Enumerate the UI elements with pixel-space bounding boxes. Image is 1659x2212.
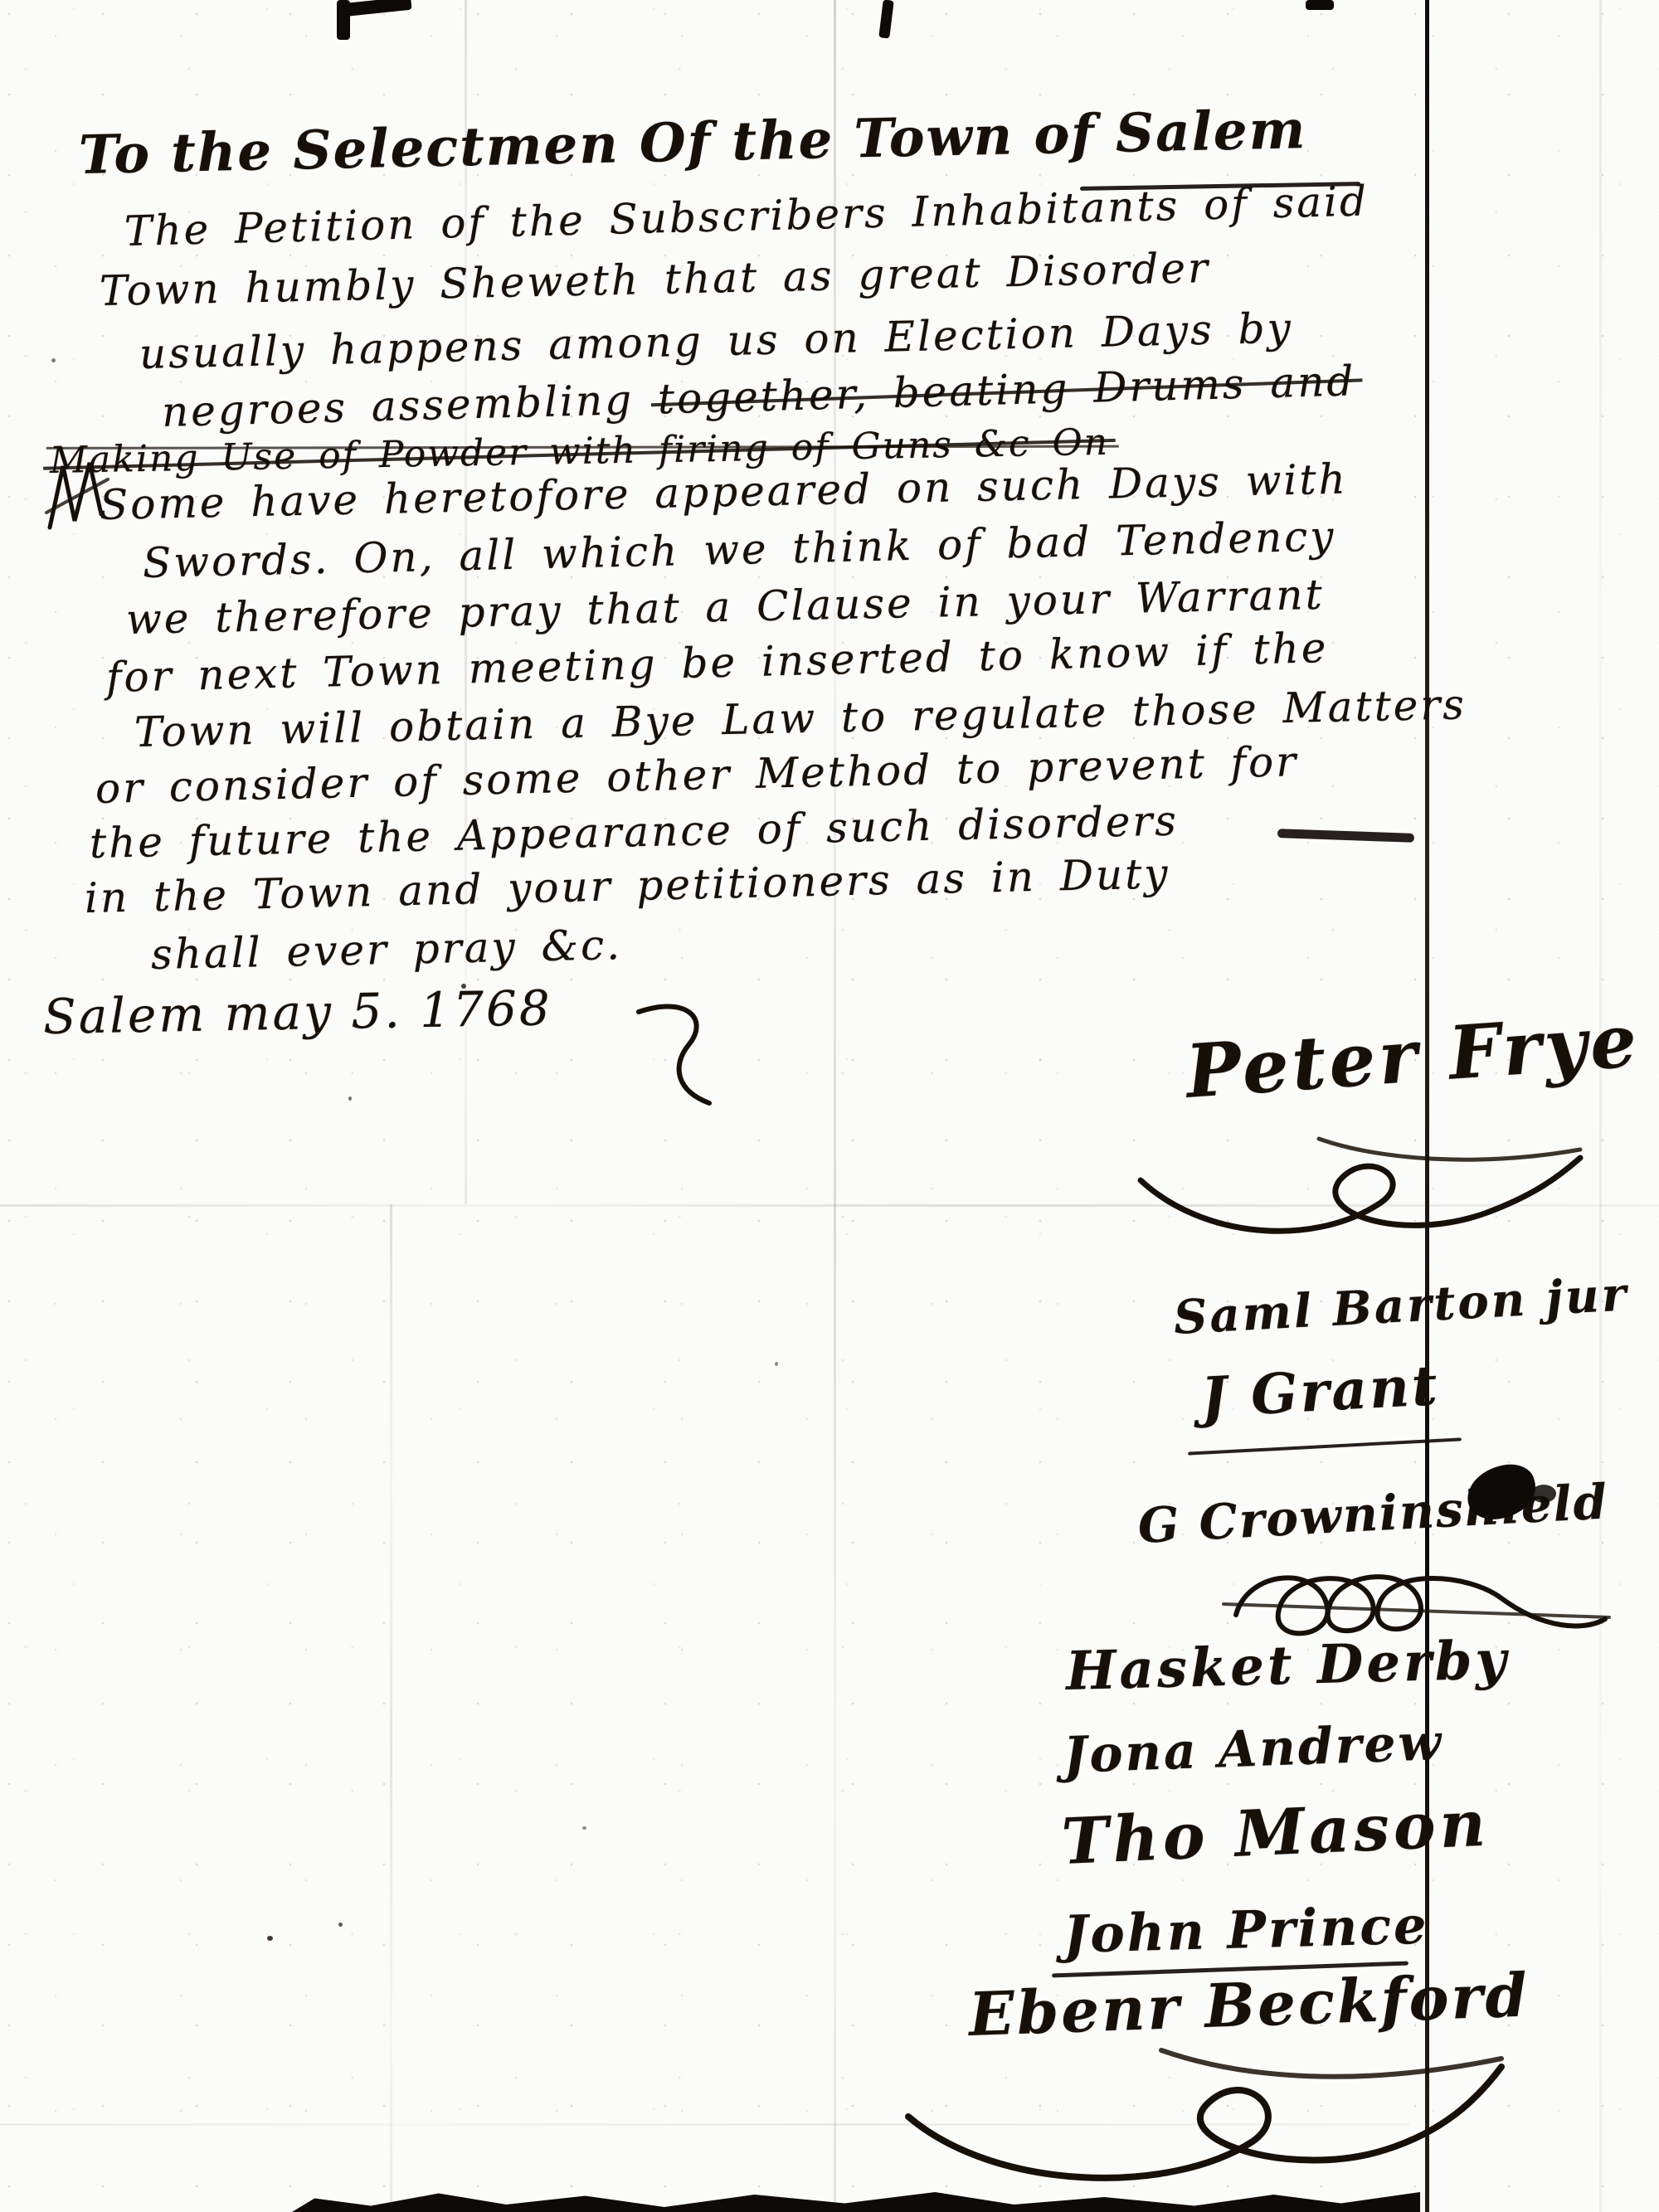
page-fold-dark-line bbox=[1425, 0, 1429, 2212]
manuscript-line: shall ever pray &c. bbox=[150, 921, 622, 979]
underline-flourish-grant bbox=[1188, 1437, 1462, 1455]
scan-mark-top-right bbox=[1306, 0, 1334, 10]
ink-speck bbox=[267, 1936, 273, 1941]
fold-crease-right bbox=[1599, 0, 1602, 2212]
scan-mark-top-left bbox=[341, 0, 411, 17]
fold-crease-lower-left bbox=[390, 1204, 392, 2212]
date-flourish bbox=[630, 987, 738, 1111]
manuscript-line-segment: negroes assembling bbox=[161, 375, 658, 436]
scan-mark-top-center bbox=[878, 0, 894, 39]
signature-saml-barton: Saml Barton jur bbox=[1172, 1266, 1629, 1345]
signature-j-grant: J Grant bbox=[1199, 1353, 1441, 1430]
document-title: To the Selectmen Of the Town of Salem bbox=[78, 99, 1307, 187]
ink-speck bbox=[338, 1923, 343, 1927]
ink-speck bbox=[348, 1096, 352, 1101]
manuscript-line: Town humbly Sheweth that as great Disord… bbox=[99, 244, 1210, 315]
signature-ebenr-beckford: Ebenr Beckford bbox=[968, 1959, 1531, 2049]
ink-speck bbox=[582, 1826, 586, 1830]
manuscript-line-segment-struck: together, beating Drums and bbox=[657, 357, 1356, 423]
signature-peter-frye: Peter Frye bbox=[1183, 997, 1642, 1115]
date-line: Salem may 5. 1768 bbox=[42, 980, 552, 1045]
margin-scribble bbox=[43, 455, 118, 537]
signature-flourish-beckford bbox=[896, 2042, 1526, 2200]
ink-speck bbox=[775, 1362, 778, 1366]
ink-blot-small bbox=[1531, 1485, 1556, 1503]
manuscript-page: To the Selectmen Of the Town of Salem Th… bbox=[0, 0, 1659, 2212]
scan-mark-top-left-tick bbox=[337, 0, 350, 40]
signature-flourish-peter-frye bbox=[1128, 1135, 1593, 1259]
ink-speck bbox=[51, 358, 56, 362]
signature-jona-andrew: Jona Andrew bbox=[1063, 1714, 1445, 1785]
ink-smear-dash bbox=[1277, 829, 1414, 843]
signature-john-prince: John Prince bbox=[1063, 1894, 1429, 1965]
signature-hasket-derby: Hasket Derby bbox=[1065, 1629, 1511, 1703]
